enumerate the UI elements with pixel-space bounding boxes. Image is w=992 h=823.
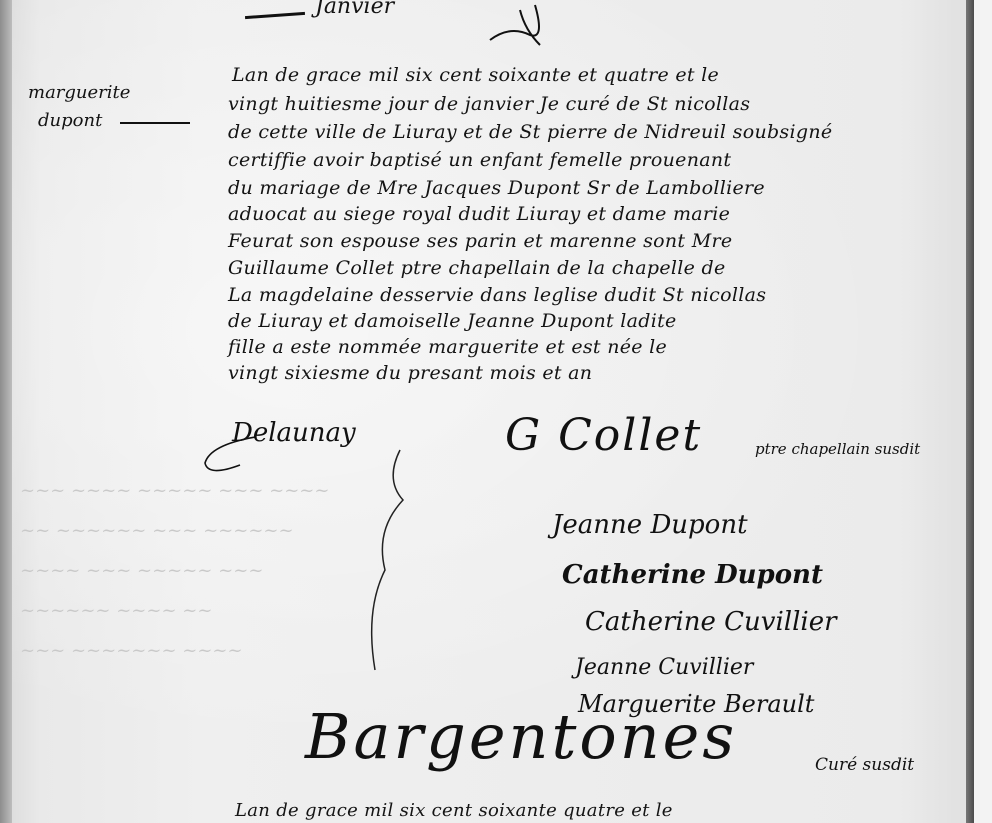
header-flourish-icon: [480, 0, 560, 50]
signature-priest: Bargentones: [305, 700, 737, 773]
signature-catherine-dupont: Catherine Dupont: [562, 560, 823, 590]
body-line-9: La magdelaine desservie dans leglise dud…: [228, 284, 766, 306]
manuscript-page: ~~~ ~~~~ ~~~~~ ~~~ ~~~~ ~~ ~~~~~~ ~~~ ~~…: [0, 0, 992, 823]
body-line-11: fille a este nommée marguerite et est né…: [228, 336, 667, 358]
body-line-5: du mariage de Mre Jacques Dupont Sr de L…: [228, 177, 765, 199]
signature-catherine-cuvillier: Catherine Cuvillier: [585, 607, 837, 637]
body-line-2: vingt huitiesme jour de janvier Je curé …: [228, 93, 750, 115]
bleed-through-text: ~~~ ~~~~ ~~~~~ ~~~ ~~~~: [20, 480, 329, 501]
vertical-flourish-icon: [355, 440, 415, 680]
signature-priest-title: Curé susdit: [815, 755, 914, 775]
next-entry-fragment: Lan de grace mil six cent soixante quatr…: [235, 800, 673, 821]
signature-collet-title: ptre chapellain susdit: [755, 440, 920, 458]
body-line-4: certiffie avoir baptisé un enfant femell…: [228, 149, 731, 171]
bleed-through-text: ~~~ ~~~~~~~ ~~~~: [20, 640, 243, 661]
margin-note-surname: dupont: [38, 110, 102, 131]
signature-collet: G Collet: [505, 410, 702, 461]
body-line-6: aduocat au siege royal dudit Liuray et d…: [228, 203, 730, 225]
page-right-edge: [966, 0, 974, 823]
body-line-10: de Liuray et damoiselle Jeanne Dupont la…: [228, 310, 677, 332]
body-line-1: Lan de grace mil six cent soixante et qu…: [232, 64, 719, 86]
body-line-7: Feurat son espouse ses parin et marenne …: [228, 230, 732, 252]
adjacent-page-margin: [974, 0, 992, 823]
body-line-3: de cette ville de Liuray et de St pierre…: [228, 121, 832, 143]
header-rule: [245, 12, 305, 19]
signature-jeanne-cuvillier: Jeanne Cuvillier: [575, 655, 753, 680]
body-line-8: Guillaume Collet ptre chapellain de la c…: [228, 257, 726, 279]
signature-jeanne-dupont: Jeanne Dupont: [552, 510, 748, 540]
margin-note-firstname: marguerite: [28, 82, 130, 103]
body-line-12: vingt sixiesme du presant mois et an: [228, 362, 592, 384]
signature-flourish-icon: [200, 425, 260, 480]
bleed-through-text: ~~~~ ~~~ ~~~~~ ~~~: [20, 560, 263, 581]
bleed-through-text: ~~ ~~~~~~ ~~~ ~~~~~~: [20, 520, 294, 541]
header-fragment: Janvier: [315, 0, 394, 19]
bleed-through-text: ~~~~~~ ~~~~ ~~: [20, 600, 212, 621]
margin-note-rule: [120, 122, 190, 124]
page-left-edge: [0, 0, 12, 823]
